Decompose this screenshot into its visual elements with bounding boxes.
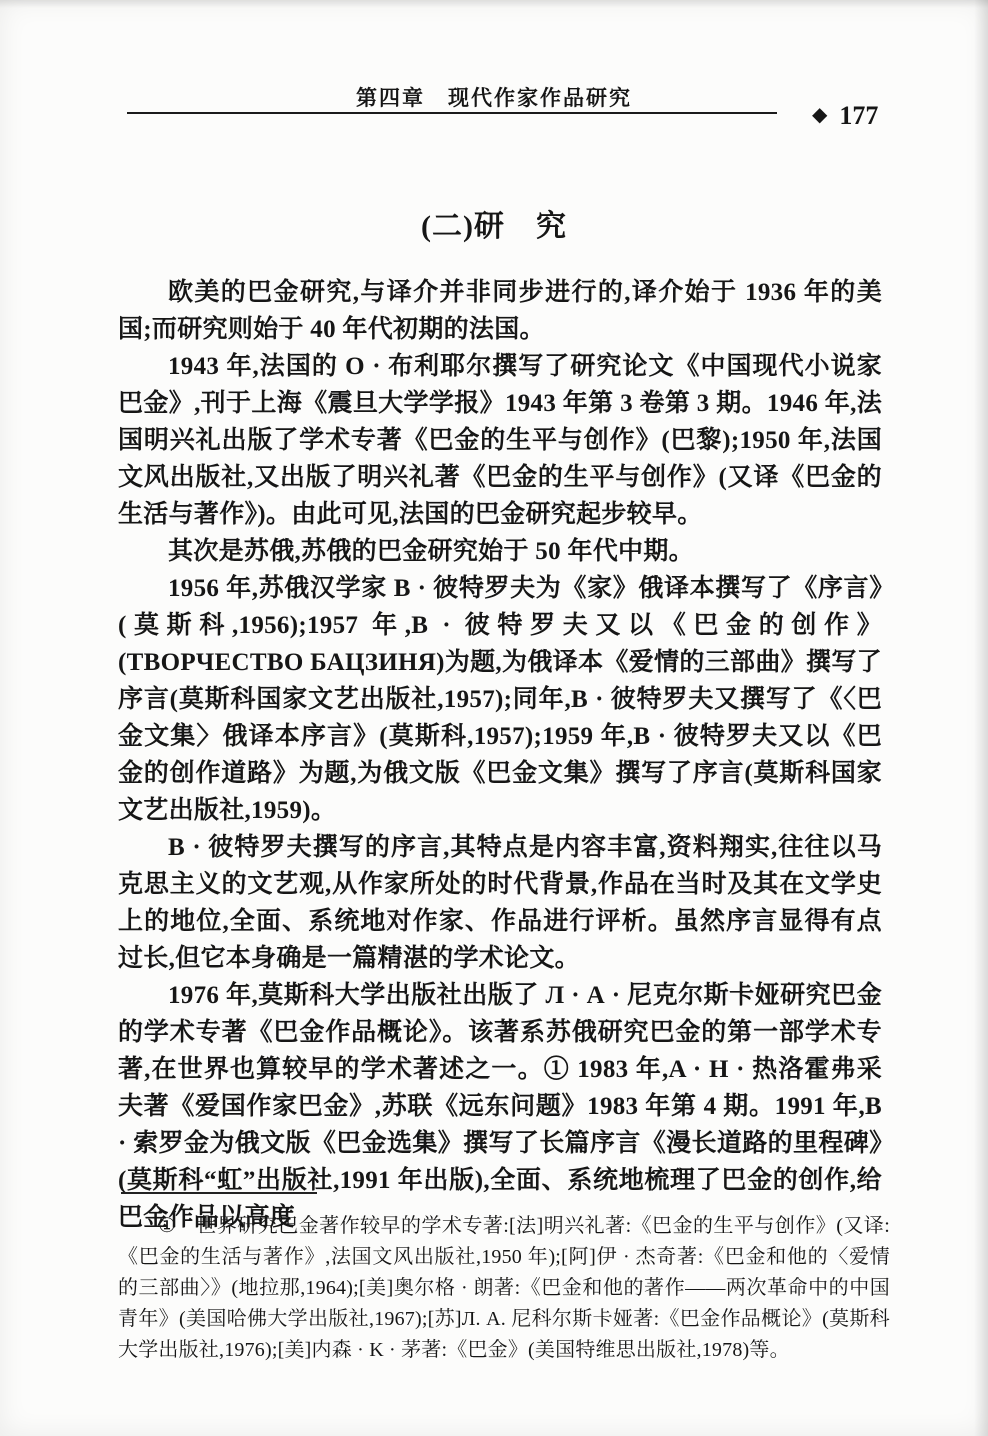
footnote-text: 世界研究巴金著作较早的学术专著:[法]明兴礼著:《巴金的生平与创作》(又译:《巴… [118, 1215, 890, 1361]
body-paragraph: 其次是苏俄,苏俄的巴金研究始于 50 年代中期。 [118, 533, 882, 570]
diamond-icon: ◆ [812, 104, 827, 126]
header-rule [127, 112, 777, 114]
book-page: 第四章 现代作家作品研究 ◆177 (二)研 究 欧美的巴金研究,与译介并非同步… [0, 0, 988, 1436]
footnote: ①世界研究巴金著作较早的学术专著:[法]明兴礼著:《巴金的生平与创作》(又译:《… [118, 1211, 890, 1366]
body-paragraph: B · 彼特罗夫撰写的序言,其特点是内容丰富,资料翔实,往往以马克思主义的文艺观… [118, 829, 882, 977]
body-paragraph: 1956 年,苏俄汉学家 B · 彼特罗夫为《家》俄译本撰写了《序言》(莫斯科,… [118, 570, 882, 829]
footnote-marker: ① [158, 1215, 176, 1237]
body-text: 欧美的巴金研究,与译介并非同步进行的,译介始于 1936 年的美国;而研究则始于… [118, 274, 882, 1236]
body-paragraph: 1976 年,莫斯科大学出版社出版了 Л · А · 尼克尔斯卡娅研究巴金的学术… [118, 977, 882, 1236]
footnote-separator [121, 1192, 317, 1194]
page-number-value: 177 [839, 101, 878, 130]
body-paragraph: 1943 年,法国的 O · 布利耶尔撰写了研究论文《中国现代小说家巴金》,刊于… [118, 348, 882, 533]
section-title: (二)研 究 [0, 201, 988, 245]
body-paragraph: 欧美的巴金研究,与译介并非同步进行的,译介始于 1936 年的美国;而研究则始于… [118, 274, 882, 348]
page-number: ◆177 [812, 101, 878, 131]
